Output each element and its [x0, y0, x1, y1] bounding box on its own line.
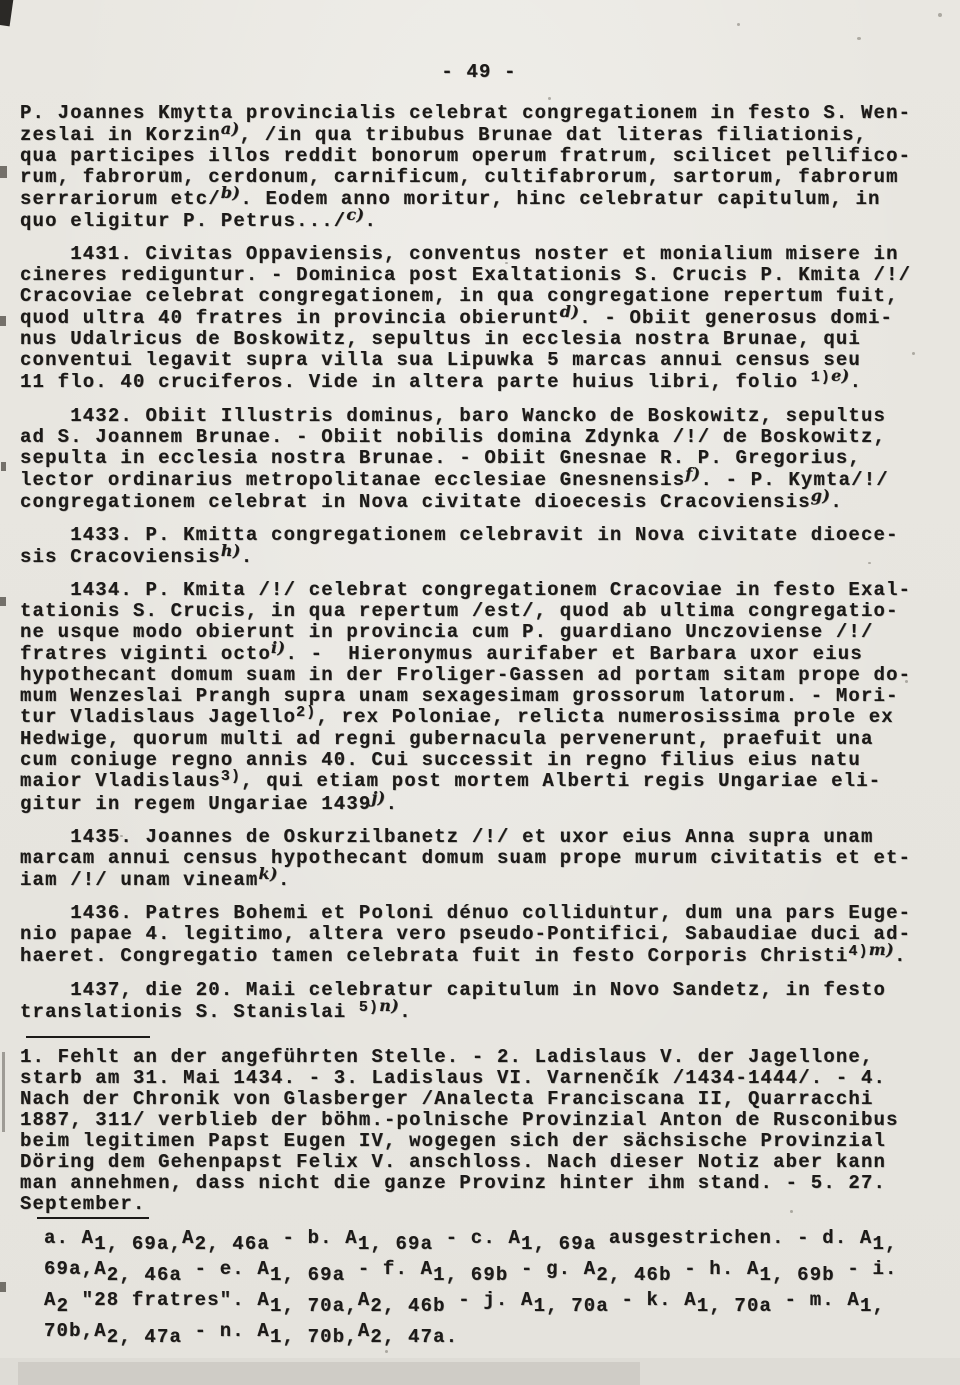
text-segment: .: [278, 869, 291, 891]
text-segment: sis Cracoviensis: [20, 546, 221, 568]
text-segment: maior Vladislaus: [20, 770, 221, 792]
text-segment: A: [94, 1258, 107, 1280]
entry-1436: 1436. Patres Bohemi et Poloni dénuo coll…: [20, 903, 938, 968]
footnote-superscript: j): [371, 787, 385, 808]
text-line: 1432. Obiit Illustris dominus, baro Wanc…: [20, 406, 938, 427]
scanned-page: { "page": { "colors": { "paper": "#e9e7e…: [0, 0, 960, 1385]
text-line: maior Vladislaus3), qui etiam post morte…: [20, 771, 938, 793]
text-segment: .: [830, 491, 843, 513]
text-segment: A: [44, 1289, 57, 1311]
scan-corner-mark: [0, 0, 14, 26]
text-segment: A: [358, 1289, 371, 1311]
text-segment: 1433. P. Kmitta congregationem celebravi…: [20, 524, 899, 546]
footnote-superscript: 1): [811, 367, 831, 388]
manuscript-subscript: 1, 69b: [760, 1260, 835, 1291]
manuscript-subscript: 1, 69a: [358, 1229, 433, 1260]
text-segment: Cracoviae celebrat congregationem, in qu…: [20, 285, 899, 307]
text-line: 1433. P. Kmitta congregationem celebravi…: [20, 525, 938, 546]
entry-1432: 1432. Obiit Illustris dominus, baro Wanc…: [20, 406, 938, 513]
text-line: cineres rediguntur. - Dominica post Exal…: [20, 265, 938, 286]
text-line: cum coniuge regno annis 40. Cui successi…: [20, 750, 938, 771]
text-segment: A: [358, 1320, 371, 1342]
text-segment: 1431. Civitas Oppaviensis, conventus nos…: [20, 243, 899, 265]
text-segment: - e. A: [182, 1258, 270, 1280]
text-line: Cracoviae celebrat congregationem, in qu…: [20, 286, 938, 307]
text-line: man annehmen, dass nicht die ganze Provi…: [20, 1173, 938, 1194]
text-segment: starb am 31. Mai 1434. - 3. Ladislaus VI…: [20, 1067, 886, 1089]
manuscript-subscript: 2, 46a: [107, 1260, 182, 1291]
text-segment: mum Wenzeslai Prangh supra unam sexagesi…: [20, 685, 899, 707]
text-segment: haeret. Congregatio tamen celebrata fuit…: [20, 945, 848, 967]
manuscript-subscript: 1, 70b,: [270, 1322, 358, 1353]
text-segment: 11 flo. 40 cruciferos. Vide in altera pa…: [20, 371, 811, 393]
text-line: quod ultra 40 fratres in provincia obier…: [20, 307, 938, 329]
footnote-superscript: e): [831, 365, 850, 386]
text-segment: cum coniuge regno annis 40. Cui successi…: [20, 749, 861, 771]
scan-edge-tick: [0, 316, 6, 326]
text-segment: cineres rediguntur. - Dominica post Exal…: [20, 264, 911, 286]
footnote-superscript: 5): [359, 997, 379, 1018]
footnote-superscript: g): [811, 485, 831, 506]
footnote-separator: [26, 1036, 150, 1038]
text-segment: ausgestrichen. - d. A: [596, 1227, 872, 1249]
text-segment: .: [241, 546, 254, 568]
footnote-superscript: m): [869, 939, 894, 960]
manuscript-subscript: 1, 70a: [534, 1291, 609, 1322]
manuscript-subscript: 2: [57, 1291, 70, 1322]
text-segment: hypothecant domum suam in der Froliger-G…: [20, 664, 911, 686]
text-line: tationis S. Crucis, in qua repertum /est…: [20, 601, 938, 622]
text-segment: quo eligitur P. Petrus.../: [20, 210, 346, 232]
page-number: - 49 -: [20, 62, 938, 83]
text-segment: nio papae 4. legitimo, altera vero pseud…: [20, 923, 911, 945]
manuscript-subscript: 1, 70a: [697, 1291, 772, 1322]
document-page: - 49 - P. Joannes Kmytta provincialis ce…: [20, 62, 938, 1347]
text-segment: - m. A: [772, 1289, 860, 1311]
entry-1433: 1433. P. Kmitta congregationem celebravi…: [20, 525, 938, 568]
footnotes: 1. Fehlt an der angeführten Stelle. - 2.…: [20, 1047, 938, 1215]
footnote-superscript: b): [221, 182, 241, 203]
text-line: 11 flo. 40 cruciferos. Vide in altera pa…: [20, 371, 938, 394]
text-line: tur Vladislaus Jagello2), rex Poloniae, …: [20, 707, 938, 729]
text-segment: conventui legavit supra villa sua Lipuwk…: [20, 349, 861, 371]
text-segment: . - P. Kymta/!/: [701, 469, 889, 491]
text-segment: .: [364, 210, 377, 232]
text-segment: September.: [20, 1193, 146, 1215]
scan-bottom-band: [0, 1358, 960, 1385]
text-segment: P. Joannes Kmytta provincialis celebrat …: [20, 102, 911, 124]
text-segment: . Eodem anno moritur, hinc celebratur ca…: [240, 188, 880, 210]
scan-edge-tick: [0, 166, 7, 178]
scan-bottom-smudge: [18, 1362, 640, 1385]
text-segment: tationis S. Crucis, in qua repertum /est…: [20, 600, 899, 622]
text-segment: A: [94, 1320, 107, 1342]
text-line: serrariorum etc/b). Eodem anno moritur, …: [20, 188, 938, 210]
document-body: P. Joannes Kmytta provincialis celebrat …: [20, 103, 938, 1347]
entry-1437: 1437, die 20. Maii celebratur capitulum …: [20, 980, 938, 1024]
footnote-superscript: i): [271, 637, 285, 658]
text-segment: Hedwige, quorum multi ad regni gubernacu…: [20, 728, 874, 750]
text-line: ad S. Joannem Brunae. - Obiit nobilis do…: [20, 427, 938, 448]
text-line: P. Joannes Kmytta provincialis celebrat …: [20, 103, 938, 124]
text-line: zeslai in Korzina), /in qua tribubus Bru…: [20, 124, 938, 146]
footnote-superscript: a): [221, 118, 240, 139]
text-line: September.: [20, 1194, 938, 1215]
text-line: Nach der Chronik von Glasberger /Analect…: [20, 1089, 938, 1110]
manuscript-subscript: 2, 47a.: [370, 1322, 458, 1353]
text-line: qua participes illos reddit bonorum oper…: [20, 146, 938, 167]
manuscript-subscript: 1, 70a,: [270, 1291, 358, 1322]
text-segment: - f. A: [345, 1258, 433, 1280]
manuscript-subscript: 2, 46a: [195, 1229, 270, 1260]
text-segment: 1434. P. Kmita /!/ celebrat congregation…: [20, 579, 911, 601]
footnote-superscript: d): [560, 301, 580, 322]
text-segment: ad S. Joannem Brunae. - Obiit nobilis do…: [20, 426, 886, 448]
text-line: mum Wenzeslai Prangh supra unam sexagesi…: [20, 686, 938, 707]
text-segment: - g. A: [508, 1258, 596, 1280]
footnote-superscript: 4): [848, 941, 868, 962]
text-segment: .: [399, 1001, 412, 1023]
text-segment: - n. A: [182, 1320, 270, 1342]
manuscript-subscript: 1,: [873, 1229, 898, 1260]
text-line: a. A1, 69a,A2, 46a - b. A1, 69a - c. A1,…: [44, 1223, 938, 1254]
scan-edge-tick: [0, 1282, 6, 1292]
text-line: 1. Fehlt an der angeführten Stelle. - 2.…: [20, 1047, 938, 1068]
text-line: ne usque modo obierunt in provincia cum …: [20, 622, 938, 643]
entry-1434: 1434. P. Kmita /!/ celebrat congregation…: [20, 580, 938, 815]
text-segment: serrariorum etc/: [20, 188, 221, 210]
text-segment: lector ordinarius metropolitanae ecclesi…: [20, 469, 685, 491]
text-segment: "28 fratres". A: [69, 1289, 270, 1311]
text-segment: marcam annui census hypothecant domum su…: [20, 847, 911, 869]
text-segment: ne usque modo obierunt in provincia cum …: [20, 621, 874, 643]
text-segment: nus Udalricus de Boskowitz, sepultus in …: [20, 328, 861, 350]
footnote-superscript: k): [259, 863, 278, 884]
text-line: 1434. P. Kmita /!/ celebrat congregation…: [20, 580, 938, 601]
text-segment: 69a,: [44, 1258, 94, 1280]
apparatus-separator: [37, 1217, 149, 1219]
scan-edge-line: [2, 1052, 5, 1132]
text-line: quo eligitur P. Petrus.../c).: [20, 210, 938, 232]
scan-speck: [857, 37, 861, 40]
text-segment: , /in qua tribubus Brunae dat literas fi…: [240, 124, 868, 146]
text-line: 1436. Patres Bohemi et Poloni dénuo coll…: [20, 903, 938, 924]
text-line: rum, fabrorum, cerdonum, carnificum, cul…: [20, 167, 938, 188]
text-line: 1887, 311/ verblieb der böhm.-polnische …: [20, 1110, 938, 1131]
text-line: iam /!/ unam vineamk).: [20, 869, 938, 891]
footnote-superscript: h): [221, 540, 241, 561]
text-segment: 1435. Joannes de Oskurzilbanetz /!/ et u…: [20, 826, 874, 848]
text-segment: 70b,: [44, 1320, 94, 1342]
text-segment: . - Hieronymus aurifaber et Barbara uxor…: [286, 643, 863, 665]
text-segment: zeslai in Korzin: [20, 124, 221, 146]
text-line: 1435. Joannes de Oskurzilbanetz /!/ et u…: [20, 827, 938, 848]
manuscript-subscript: 2, 46b: [370, 1291, 445, 1322]
text-segment: translationis S. Stanislai: [20, 1001, 359, 1023]
scan-speck: [938, 13, 942, 17]
text-line: nus Udalricus de Boskowitz, sepultus in …: [20, 329, 938, 350]
text-segment: 1887, 311/ verblieb der böhm.-polnische …: [20, 1109, 899, 1131]
text-segment: , qui etiam post mortem Alberti regis Un…: [241, 770, 881, 792]
text-line: conventui legavit supra villa sua Lipuwk…: [20, 350, 938, 371]
text-segment: - k. A: [609, 1289, 697, 1311]
text-line: 70b,A2, 47a - n. A1, 70b,A2, 47a.: [44, 1316, 938, 1347]
text-segment: gitur in regem Ungariae 1439: [20, 793, 371, 815]
intro-1430: P. Joannes Kmytta provincialis celebrat …: [20, 103, 938, 232]
footnote-superscript: n): [379, 995, 399, 1016]
footnote-superscript: f): [685, 463, 700, 484]
manuscript-subscript: 2, 47a: [107, 1322, 182, 1353]
scan-edge-tick: [1, 462, 6, 471]
footnote-superscript: c): [346, 204, 364, 225]
text-line: beim legitimen Papst Eugen IV, wogegen s…: [20, 1131, 938, 1152]
manuscript-subscript: 1,: [860, 1291, 885, 1322]
entry-1435: 1435. Joannes de Oskurzilbanetz /!/ et u…: [20, 827, 938, 891]
text-line: lector ordinarius metropolitanae ecclesi…: [20, 469, 938, 491]
text-line: Hedwige, quorum multi ad regni gubernacu…: [20, 729, 938, 750]
text-segment: fratres viginti octo: [20, 643, 271, 665]
text-line: 1431. Civitas Oppaviensis, conventus nos…: [20, 244, 938, 265]
text-line: sis Cracoviensish).: [20, 546, 938, 568]
manuscript-subscript: 1, 69a: [521, 1229, 596, 1260]
manuscript-subscript: 2, 46b: [596, 1260, 671, 1291]
text-segment: 1432. Obiit Illustris dominus, baro Wanc…: [20, 405, 886, 427]
text-segment: beim legitimen Papst Eugen IV, wogegen s…: [20, 1130, 886, 1152]
text-line: haeret. Congregatio tamen celebrata fuit…: [20, 945, 938, 968]
text-segment: , rex Poloniae, relicta numerosissima pr…: [316, 706, 893, 728]
scan-edge-tick: [0, 597, 6, 606]
text-segment: A: [182, 1227, 195, 1249]
text-line: Döring dem Gehenpapst Felix V. anschloss…: [20, 1152, 938, 1173]
text-segment: rum, fabrorum, cerdonum, carnificum, cul…: [20, 166, 899, 188]
text-segment: - i.: [835, 1258, 898, 1280]
entry-1431: 1431. Civitas Oppaviensis, conventus nos…: [20, 244, 938, 394]
text-segment: - j. A: [446, 1289, 534, 1311]
text-line: 1437, die 20. Maii celebratur capitulum …: [20, 980, 938, 1001]
footnote-superscript: 3): [221, 766, 241, 787]
text-line: hypothecant domum suam in der Froliger-G…: [20, 665, 938, 686]
apparatus: a. A1, 69a,A2, 46a - b. A1, 69a - c. A1,…: [44, 1223, 938, 1347]
text-segment: 1437, die 20. Maii celebratur capitulum …: [20, 979, 886, 1001]
text-line: translationis S. Stanislai 5)n).: [20, 1001, 938, 1024]
text-segment: sepulta in ecclesia nostra Brunae. - Obi…: [20, 447, 861, 469]
text-line: sepulta in ecclesia nostra Brunae. - Obi…: [20, 448, 938, 469]
text-segment: iam /!/ unam vineam: [20, 869, 259, 891]
text-segment: 1436. Patres Bohemi et Poloni dénuo coll…: [20, 902, 911, 924]
text-segment: Nach der Chronik von Glasberger /Analect…: [20, 1088, 874, 1110]
manuscript-subscript: 1, 69a,: [94, 1229, 182, 1260]
text-segment: - c. A: [433, 1227, 521, 1249]
text-segment: .: [894, 945, 907, 967]
text-line: marcam annui census hypothecant domum su…: [20, 848, 938, 869]
text-segment: a. A: [44, 1227, 94, 1249]
text-line: starb am 31. Mai 1434. - 3. Ladislaus VI…: [20, 1068, 938, 1089]
text-line: congregationem celebrat in Nova civitate…: [20, 491, 938, 513]
text-segment: - b. A: [270, 1227, 358, 1249]
text-segment: tur Vladislaus Jagello: [20, 706, 296, 728]
text-segment: Döring dem Gehenpapst Felix V. anschloss…: [20, 1151, 886, 1173]
text-segment: quod ultra 40 fratres in provincia obier…: [20, 307, 560, 329]
manuscript-subscript: 1, 69b: [433, 1260, 508, 1291]
text-segment: .: [386, 793, 399, 815]
manuscript-subscript: 1, 69a: [270, 1260, 345, 1291]
text-segment: 1. Fehlt an der angeführten Stelle. - 2.…: [20, 1046, 874, 1068]
text-segment: man annehmen, dass nicht die ganze Provi…: [20, 1172, 886, 1194]
text-line: nio papae 4. legitimo, altera vero pseud…: [20, 924, 938, 945]
text-segment: - h. A: [672, 1258, 760, 1280]
text-segment: qua participes illos reddit bonorum oper…: [20, 145, 911, 167]
text-segment: . - Obiit generosus domi-: [579, 307, 893, 329]
text-segment: congregationem celebrat in Nova civitate…: [20, 491, 811, 513]
text-line: gitur in regem Ungariae 1439j).: [20, 793, 938, 815]
text-segment: .: [850, 371, 863, 393]
text-line: fratres viginti octoi). - Hieronymus aur…: [20, 643, 938, 665]
scan-speck: [737, 23, 740, 26]
footnote-superscript: 2): [296, 702, 316, 723]
